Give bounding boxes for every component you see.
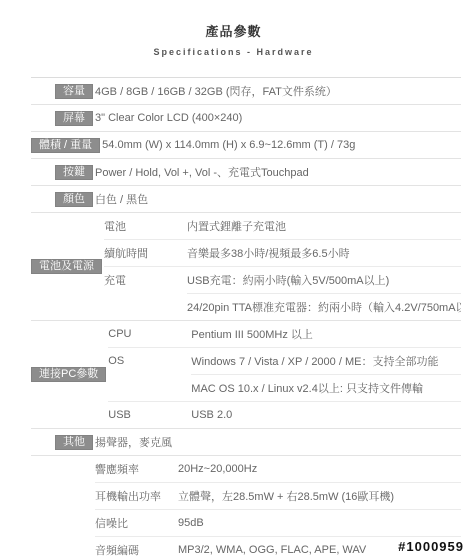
spec-value: Windows 7 / Vista / XP / 2000 / ME：支持全部功… (191, 353, 461, 369)
section-rows: 白色 / 黑色 (95, 186, 461, 212)
spec-row: 電池内置式鋰離子充電池 (104, 213, 461, 239)
spec-value: 95dB (178, 517, 461, 529)
badge-column: 屏幕 (31, 105, 95, 131)
spec-sublabel: 信噪比 (95, 515, 178, 531)
spec-value: 白色 / 黑色 (95, 191, 461, 207)
spec-row: 24/20pin TTA標准充電器：約兩小時（輸入4.2V/750mA以上） (104, 293, 461, 320)
section-rows: 54.0mm (W) x 114.0mm (H) x 6.9~12.6mm (T… (102, 132, 461, 158)
spec-section: 按鍵Power / Hold, Vol +, Vol -、充電式Touchpad (31, 159, 461, 186)
badge-column: 按鍵 (31, 159, 95, 185)
section-rows: 揚聲器，麥克風 (95, 429, 461, 455)
section-rows: 4GB / 8GB / 16GB / 32GB (閃存，FAT文件系统） (95, 78, 461, 104)
spec-row: Power / Hold, Vol +, Vol -、充電式Touchpad (95, 159, 461, 185)
spec-sublabel: 電池 (104, 218, 187, 234)
spec-sublabel: 耳機輸出功率 (95, 488, 178, 504)
spec-section: 連接PC參數CPUPentium III 500MHz 以上OSWindows … (31, 321, 461, 429)
section-badge: 體積 / 重量 (31, 138, 100, 153)
spec-sublabel: CPU (108, 328, 191, 340)
page-title: 產品參數 (0, 21, 467, 40)
section-badge: 容量 (55, 84, 93, 99)
section-rows: 電池内置式鋰離子充電池續航時間音樂最多38小時/視頻最多6.5小時充電USB充電… (104, 213, 461, 320)
spec-section: 屏幕3" Clear Color LCD (400×240) (31, 105, 461, 132)
spec-value: 24/20pin TTA標准充電器：約兩小時（輸入4.2V/750mA以上） (187, 299, 461, 315)
section-badge: 屏幕 (55, 111, 93, 126)
spec-value: 54.0mm (W) x 114.0mm (H) x 6.9~12.6mm (T… (102, 139, 461, 151)
spec-sublabel: USB (108, 409, 191, 421)
spec-row: CPUPentium III 500MHz 以上 (108, 321, 461, 347)
spec-sublabel: 充電 (104, 272, 187, 288)
spec-sublabel: 音頻編碼 (95, 542, 178, 557)
spec-row: 揚聲器，麥克風 (95, 429, 461, 455)
spec-section: 顏色白色 / 黑色 (31, 186, 461, 213)
section-badge: 其他 (55, 435, 93, 450)
spec-value: USB充電：約兩小時(輸入5V/500mA以上) (187, 272, 461, 288)
spec-page: 產品參數 Specifications - Hardware 容量4GB / 8… (0, 0, 467, 557)
spec-sublabel: OS (108, 355, 191, 367)
spec-value: 4GB / 8GB / 16GB / 32GB (閃存，FAT文件系统） (95, 83, 461, 99)
spec-value: 揚聲器，麥克風 (95, 434, 461, 450)
badge-column (31, 456, 95, 557)
spec-row: USBUSB 2.0 (108, 401, 461, 428)
spec-row: OSWindows 7 / Vista / XP / 2000 / ME：支持全… (108, 347, 461, 374)
section-badge: 連接PC參數 (31, 367, 106, 382)
spec-section: 電池及電源電池内置式鋰離子充電池續航時間音樂最多38小時/視頻最多6.5小時充電… (31, 213, 461, 321)
spec-value: Pentium III 500MHz 以上 (191, 326, 461, 342)
spec-row: 3" Clear Color LCD (400×240) (95, 105, 461, 131)
spec-section: 響應頻率20Hz~20,000Hz耳機輸出功率立體聲，左28.5mW + 右28… (31, 456, 461, 557)
spec-row: 白色 / 黑色 (95, 186, 461, 212)
spec-sublabel: 續航時間 (104, 245, 187, 261)
spec-value: Power / Hold, Vol +, Vol -、充電式Touchpad (95, 164, 461, 180)
badge-column: 體積 / 重量 (31, 132, 102, 158)
spec-section: 其他揚聲器，麥克風 (31, 429, 461, 456)
section-badge: 按鍵 (55, 165, 93, 180)
spec-row: 充電USB充電：約兩小時(輸入5V/500mA以上) (104, 266, 461, 293)
section-rows: 3" Clear Color LCD (400×240) (95, 105, 461, 131)
spec-value: MAC OS 10.x / Linux v2.4以上: 只支持文件傳輸 (191, 380, 461, 396)
section-rows: Power / Hold, Vol +, Vol -、充電式Touchpad (95, 159, 461, 185)
page-subtitle: Specifications - Hardware (0, 47, 467, 57)
badge-column: 顏色 (31, 186, 95, 212)
spec-section: 體積 / 重量54.0mm (W) x 114.0mm (H) x 6.9~12… (31, 132, 461, 159)
spec-row: 響應頻率20Hz~20,000Hz (95, 456, 461, 482)
spec-value: 立體聲，左28.5mW + 右28.5mW (16歐耳機) (178, 488, 461, 504)
badge-column: 連接PC參數 (31, 321, 108, 428)
badge-column: 其他 (31, 429, 95, 455)
spec-row: 54.0mm (W) x 114.0mm (H) x 6.9~12.6mm (T… (102, 132, 461, 158)
badge-column: 電池及電源 (31, 213, 104, 320)
section-rows: CPUPentium III 500MHz 以上OSWindows 7 / Vi… (108, 321, 461, 428)
spec-section: 容量4GB / 8GB / 16GB / 32GB (閃存，FAT文件系统） (31, 78, 461, 105)
spec-value: USB 2.0 (191, 409, 461, 421)
spec-value: 3" Clear Color LCD (400×240) (95, 112, 461, 124)
spec-row: 信噪比95dB (95, 509, 461, 536)
spec-value: 20Hz~20,000Hz (178, 463, 461, 475)
page-header: 產品參數 Specifications - Hardware (0, 0, 467, 57)
section-badge: 電池及電源 (31, 259, 102, 274)
watermark: #1000959 (398, 539, 464, 554)
spec-value: 音樂最多38小時/視頻最多6.5小時 (187, 245, 461, 261)
spec-row: MAC OS 10.x / Linux v2.4以上: 只支持文件傳輸 (108, 374, 461, 401)
section-badge: 顏色 (55, 192, 93, 207)
spec-row: 續航時間音樂最多38小時/視頻最多6.5小時 (104, 239, 461, 266)
spec-row: 耳機輸出功率立體聲，左28.5mW + 右28.5mW (16歐耳機) (95, 482, 461, 509)
badge-column: 容量 (31, 78, 95, 104)
spec-sublabel: 響應頻率 (95, 461, 178, 477)
spec-value: 内置式鋰離子充電池 (187, 218, 461, 234)
spec-table: 容量4GB / 8GB / 16GB / 32GB (閃存，FAT文件系统）屏幕… (31, 77, 461, 557)
spec-row: 4GB / 8GB / 16GB / 32GB (閃存，FAT文件系统） (95, 78, 461, 104)
